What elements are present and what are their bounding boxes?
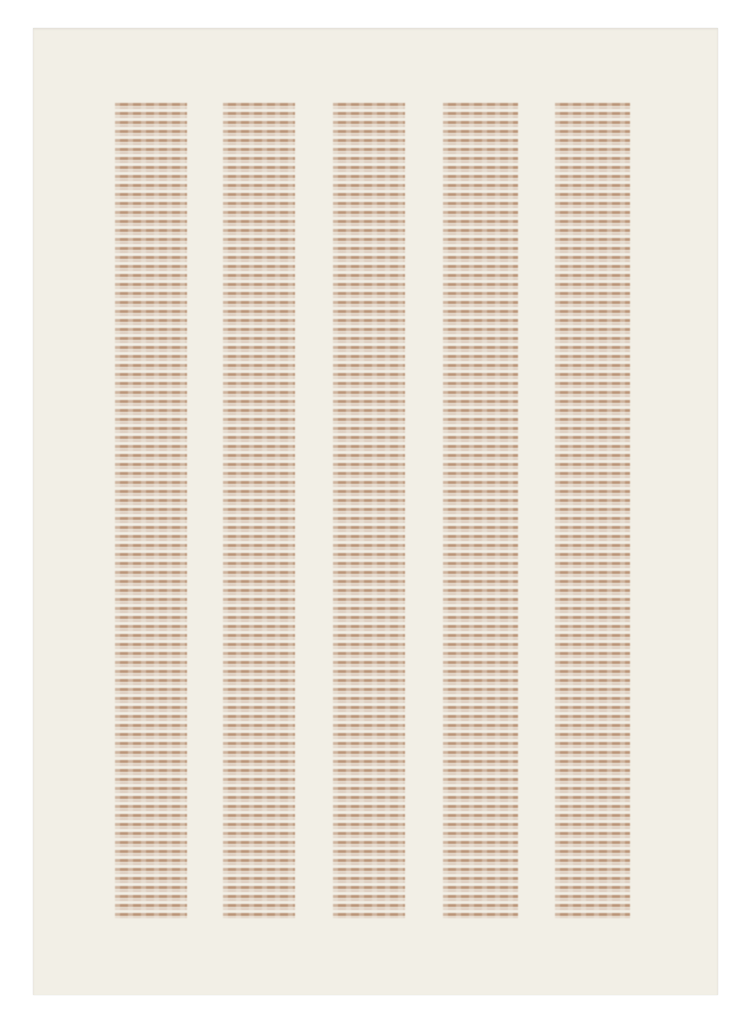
rug-stripe-4 <box>443 103 518 918</box>
rug <box>33 28 718 995</box>
rug-stripe-1 <box>115 103 187 918</box>
rug-stripe-3 <box>333 103 405 918</box>
rug-stripe-5 <box>555 103 630 918</box>
rug-stripe-2 <box>223 103 295 918</box>
